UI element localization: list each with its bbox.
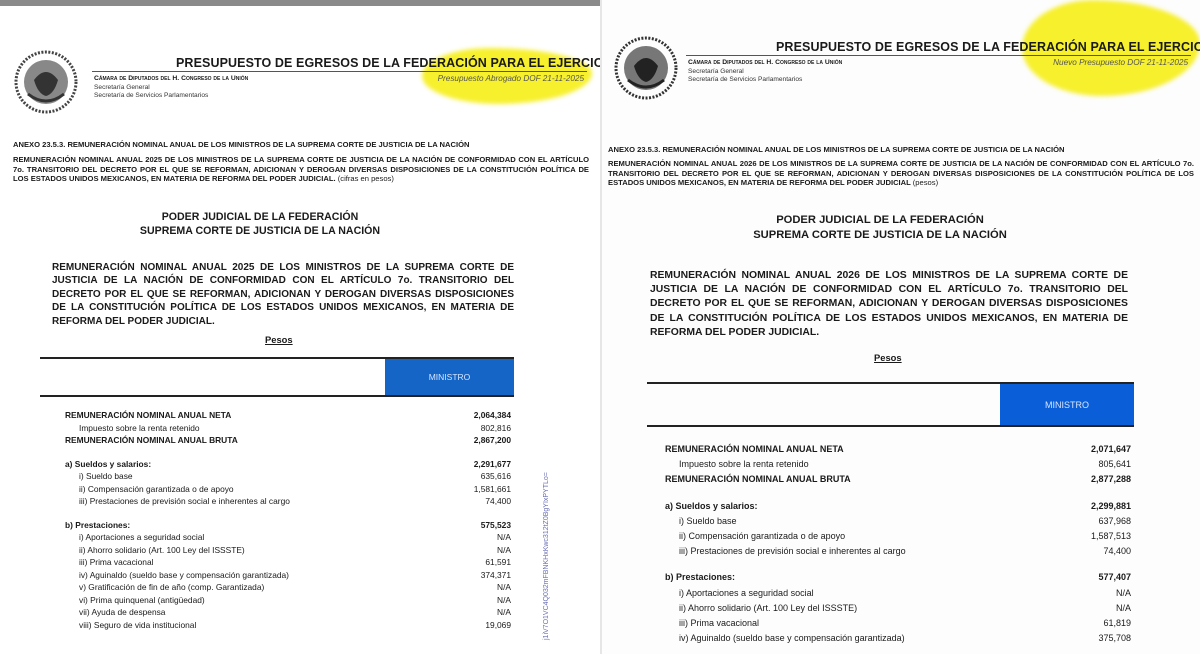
table-row: REMUNERACIÓN NOMINAL ANUAL BRUTA2,867,20… bbox=[65, 434, 511, 447]
table-row: iii) Prestaciones de previsión social e … bbox=[65, 495, 511, 508]
judicial-branch-line1: PODER JUDICIAL DE LA FEDERACIÓN bbox=[670, 213, 1090, 228]
annex-units: (cifras en pesos) bbox=[338, 174, 394, 183]
row-value: N/A bbox=[497, 594, 511, 607]
table-row: i) Aportaciones a seguridad socialN/A bbox=[65, 531, 511, 544]
judicial-branch-line2: SUPREMA CORTE DE JUSTICIA DE LA NACIÓN bbox=[670, 228, 1090, 243]
row-label: ii) Compensación garantizada o de apoyo bbox=[665, 529, 845, 544]
row-value: 74,400 bbox=[1103, 544, 1131, 559]
units-label: Pesos bbox=[874, 352, 902, 363]
table-row: Impuesto sobre la renta retenido805,641 bbox=[665, 457, 1131, 472]
header-rule bbox=[686, 55, 1191, 56]
row-label: a) Sueldos y salarios: bbox=[665, 499, 758, 514]
row-value: 19,069 bbox=[485, 619, 511, 632]
table-row: i) Sueldo base637,968 bbox=[665, 514, 1131, 529]
table-row: vi) Prima quinquenal (antigüedad)N/A bbox=[65, 594, 511, 607]
table-row: REMUNERACIÓN NOMINAL ANUAL NETA2,071,647 bbox=[665, 442, 1131, 457]
row-label: iv) Aguinaldo (sueldo base y compensació… bbox=[665, 631, 905, 646]
row-value: 2,299,881 bbox=[1091, 499, 1131, 514]
table-row: a) Sueldos y salarios:2,299,881 bbox=[665, 499, 1131, 514]
row-value: N/A bbox=[497, 531, 511, 544]
row-value: 575,523 bbox=[481, 519, 511, 532]
row-value: N/A bbox=[497, 544, 511, 557]
row-label: vii) Ayuda de despensa bbox=[65, 606, 165, 619]
row-label: iii) Prestaciones de previsión social e … bbox=[65, 495, 290, 508]
remuneration-table: REMUNERACIÓN NOMINAL ANUAL NETA2,071,647… bbox=[665, 442, 1131, 646]
row-label: iii) Prima vacacional bbox=[665, 616, 759, 631]
annex-units: (pesos) bbox=[913, 178, 938, 187]
mexico-coat-of-arms-icon bbox=[14, 50, 78, 114]
remuneration-paragraph: REMUNERACIÓN NOMINAL ANUAL 2026 DE LOS M… bbox=[650, 269, 1128, 340]
table-row: b) Prestaciones:575,523 bbox=[65, 519, 511, 532]
judicial-branch-title: PODER JUDICIAL DE LA FEDERACIÓN SUPREMA … bbox=[670, 213, 1090, 243]
row-value: 805,641 bbox=[1098, 457, 1131, 472]
parliamentary-services: Secretaría de Servicios Parlamentarios bbox=[688, 76, 802, 85]
row-label: REMUNERACIÓN NOMINAL ANUAL NETA bbox=[665, 442, 844, 457]
row-label: iii) Prestaciones de previsión social e … bbox=[665, 544, 906, 559]
row-value: 375,708 bbox=[1098, 631, 1131, 646]
header-rule bbox=[92, 71, 587, 72]
row-value: 2,867,200 bbox=[474, 434, 511, 447]
table-row: ii) Ahorro solidario (Art. 100 Ley del I… bbox=[65, 544, 511, 557]
annex-description-text: REMUNERACIÓN NOMINAL ANUAL 2025 DE LOS M… bbox=[13, 155, 589, 183]
remuneration-paragraph: REMUNERACIÓN NOMINAL ANUAL 2025 DE LOS M… bbox=[52, 261, 514, 328]
row-value: 802,816 bbox=[481, 422, 511, 435]
table-row: ii) Compensación garantizada o de apoyo1… bbox=[65, 483, 511, 496]
budget-title-prefix: PRESUPUESTO DE EGRESOS DE LA FEDERACIÓN … bbox=[776, 40, 1148, 54]
document-page-2025: PRESUPUESTO DE EGRESOS DE LA FEDERACIÓN … bbox=[0, 0, 600, 654]
budget-status-note: Presupuesto Abrogado DOF 21-11-2025 bbox=[438, 74, 584, 83]
table-row: viii) Seguro de vida institucional19,069 bbox=[65, 619, 511, 632]
column-header-ministro: MINISTRO bbox=[385, 359, 514, 395]
row-value: 2,877,288 bbox=[1091, 472, 1131, 487]
document-page-2026: PRESUPUESTO DE EGRESOS DE LA FEDERACIÓN … bbox=[602, 0, 1200, 654]
judicial-branch-line2: SUPREMA CORTE DE JUSTICIA DE LA NACIÓN bbox=[60, 224, 460, 238]
row-label: REMUNERACIÓN NOMINAL ANUAL NETA bbox=[65, 409, 231, 422]
remuneration-table: REMUNERACIÓN NOMINAL ANUAL NETA2,064,384… bbox=[65, 409, 511, 631]
table-header: MINISTRO bbox=[647, 382, 1134, 427]
row-value: 2,071,647 bbox=[1091, 442, 1131, 457]
table-row: iii) Prestaciones de previsión social e … bbox=[665, 544, 1131, 559]
budget-title: PRESUPUESTO DE EGRESOS DE LA FEDERACIÓN … bbox=[176, 56, 600, 70]
row-label: REMUNERACIÓN NOMINAL ANUAL BRUTA bbox=[65, 434, 238, 447]
budget-title: PRESUPUESTO DE EGRESOS DE LA FEDERACIÓN … bbox=[776, 40, 1200, 54]
annex-title: ANEXO 23.5.3. REMUNERACIÓN NOMINAL ANUAL… bbox=[13, 140, 470, 149]
column-header-ministro: MINISTRO bbox=[1000, 384, 1134, 425]
row-value: N/A bbox=[1116, 601, 1131, 616]
fiscal-year-label: EJERCICIO FISCAL 2026 bbox=[1148, 40, 1200, 54]
judicial-branch-title: PODER JUDICIAL DE LA FEDERACIÓN SUPREMA … bbox=[60, 210, 460, 238]
row-label: Impuesto sobre la renta retenido bbox=[665, 457, 809, 472]
row-label: b) Prestaciones: bbox=[65, 519, 130, 532]
row-value: 61,819 bbox=[1103, 616, 1131, 631]
fiscal-year-label: EJERCICIO FISCAL 2025 bbox=[548, 56, 600, 70]
row-value: 637,968 bbox=[1098, 514, 1131, 529]
mexico-coat-of-arms-icon bbox=[614, 36, 678, 100]
row-value: 635,616 bbox=[481, 470, 511, 483]
row-value: 577,407 bbox=[1098, 570, 1131, 585]
row-label: Impuesto sobre la renta retenido bbox=[65, 422, 200, 435]
row-label: ii) Compensación garantizada o de apoyo bbox=[65, 483, 234, 496]
row-label: i) Sueldo base bbox=[65, 470, 133, 483]
row-value: 74,400 bbox=[485, 495, 511, 508]
row-label: i) Aportaciones a seguridad social bbox=[665, 586, 814, 601]
row-value: N/A bbox=[1116, 586, 1131, 601]
row-label: REMUNERACIÓN NOMINAL ANUAL BRUTA bbox=[665, 472, 851, 487]
budget-status-note: Nuevo Presupuesto DOF 21-11-2025 bbox=[1053, 58, 1188, 67]
row-label: i) Sueldo base bbox=[665, 514, 737, 529]
table-row: iv) Aguinaldo (sueldo base y compensació… bbox=[65, 569, 511, 582]
table-row: v) Gratificación de fin de año (comp. Ga… bbox=[65, 581, 511, 594]
table-row: REMUNERACIÓN NOMINAL ANUAL NETA2,064,384 bbox=[65, 409, 511, 422]
row-value: 1,587,513 bbox=[1091, 529, 1131, 544]
units-label: Pesos bbox=[265, 334, 293, 345]
row-value: 374,371 bbox=[481, 569, 511, 582]
annex-description: REMUNERACIÓN NOMINAL ANUAL 2025 DE LOS M… bbox=[13, 155, 589, 184]
table-row: b) Prestaciones:577,407 bbox=[665, 570, 1131, 585]
table-header: MINISTRO bbox=[40, 357, 514, 397]
row-label: ii) Ahorro solidario (Art. 100 Ley del I… bbox=[665, 601, 857, 616]
row-label: vi) Prima quinquenal (antigüedad) bbox=[65, 594, 205, 607]
row-label: ii) Ahorro solidario (Art. 100 Ley del I… bbox=[65, 544, 245, 557]
row-value: N/A bbox=[497, 581, 511, 594]
chamber-name: Cámara de Diputados del H. Congreso de l… bbox=[688, 59, 842, 66]
row-label: iii) Prima vacacional bbox=[65, 556, 153, 569]
row-value: 2,291,677 bbox=[474, 458, 511, 471]
table-row: i) Sueldo base635,616 bbox=[65, 470, 511, 483]
table-row: REMUNERACIÓN NOMINAL ANUAL BRUTA2,877,28… bbox=[665, 472, 1131, 487]
judicial-branch-line1: PODER JUDICIAL DE LA FEDERACIÓN bbox=[60, 210, 460, 224]
row-label: v) Gratificación de fin de año (comp. Ga… bbox=[65, 581, 264, 594]
row-label: a) Sueldos y salarios: bbox=[65, 458, 151, 471]
row-label: iv) Aguinaldo (sueldo base y compensació… bbox=[65, 569, 289, 582]
chamber-name: Cámara de Diputados del H. Congreso de l… bbox=[94, 75, 248, 82]
budget-title-prefix: PRESUPUESTO DE EGRESOS DE LA FEDERACIÓN … bbox=[176, 56, 548, 70]
table-row: vii) Ayuda de despensaN/A bbox=[65, 606, 511, 619]
table-row: iv) Aguinaldo (sueldo base y compensació… bbox=[665, 631, 1131, 646]
table-row: ii) Compensación garantizada o de apoyo1… bbox=[665, 529, 1131, 544]
document-hash-watermark: j1iV7O1VC4Q032mFBNKHxKwc312tZ0BgYIxPYTLo… bbox=[543, 472, 550, 640]
table-row: iii) Prima vacacional61,591 bbox=[65, 556, 511, 569]
row-label: i) Aportaciones a seguridad social bbox=[65, 531, 204, 544]
row-label: b) Prestaciones: bbox=[665, 570, 735, 585]
top-border-strip bbox=[0, 0, 600, 6]
annex-description: REMUNERACIÓN NOMINAL ANUAL 2026 DE LOS M… bbox=[608, 159, 1194, 188]
row-value: 1,581,661 bbox=[474, 483, 511, 496]
annex-title: ANEXO 23.5.3. REMUNERACIÓN NOMINAL ANUAL… bbox=[608, 145, 1065, 154]
table-row: a) Sueldos y salarios:2,291,677 bbox=[65, 458, 511, 471]
parliamentary-services: Secretaría de Servicios Parlamentarios bbox=[94, 92, 208, 101]
annex-description-text: REMUNERACIÓN NOMINAL ANUAL 2026 DE LOS M… bbox=[608, 159, 1194, 187]
table-row: iii) Prima vacacional61,819 bbox=[665, 616, 1131, 631]
row-value: 2,064,384 bbox=[474, 409, 511, 422]
row-value: N/A bbox=[497, 606, 511, 619]
row-value: 61,591 bbox=[485, 556, 511, 569]
table-row: ii) Ahorro solidario (Art. 100 Ley del I… bbox=[665, 601, 1131, 616]
table-row: i) Aportaciones a seguridad socialN/A bbox=[665, 586, 1131, 601]
table-row: Impuesto sobre la renta retenido802,816 bbox=[65, 422, 511, 435]
row-label: viii) Seguro de vida institucional bbox=[65, 619, 196, 632]
